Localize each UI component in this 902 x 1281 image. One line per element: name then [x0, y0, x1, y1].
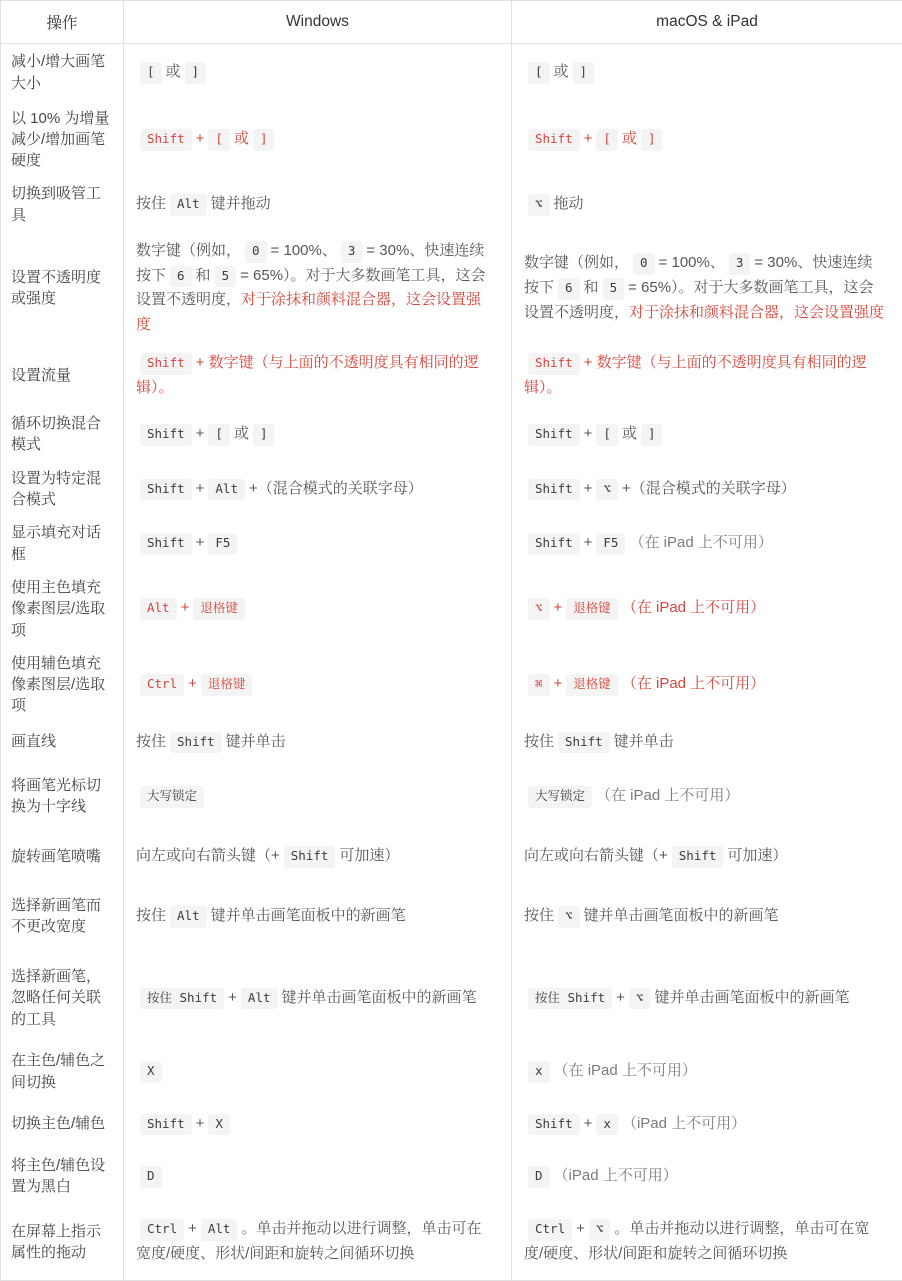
table-row: 将主色/辅色设置为黑白DD（iPad 上不可用） — [1, 1149, 902, 1204]
kbd-key: Shift — [284, 846, 336, 868]
kbd-key: ] — [185, 62, 207, 84]
kbd-key: 6 — [170, 266, 192, 288]
macos-cell: Shift+ 数字键（与上面的不透明度具有相同的逻辑）。 — [512, 344, 902, 407]
windows-cell: 按住 Shift+Alt键并单击画笔面板中的新画笔 — [124, 951, 512, 1044]
shortcut-text: + — [188, 675, 197, 692]
kbd-key: ] — [641, 424, 663, 446]
kbd-key: Alt — [208, 479, 245, 501]
macos-cell: 按住⌥键并单击画笔面板中的新画笔 — [512, 881, 902, 951]
windows-cell: Alt+退格键 — [124, 571, 512, 647]
kbd-key: F5 — [596, 533, 625, 555]
shortcut-text: 按住 — [524, 907, 554, 924]
macos-cell: Shift+x（iPad 上不可用） — [512, 1099, 902, 1149]
macos-cell: 数字键（例如，0= 100%、3= 30%、快速连续按下6和5= 65%）。对于… — [512, 232, 902, 344]
shortcut-text: + — [196, 480, 205, 497]
macos-cell: 大写锁定（在 iPad 上不可用） — [512, 761, 902, 831]
table-row: 选择新画笔，忽略任何关联的工具按住 Shift+Alt键并单击画笔面板中的新画笔… — [1, 951, 902, 1044]
table-row: 设置不透明度或强度数字键（例如，0= 100%、3= 30%、快速连续按下6和5… — [1, 232, 902, 344]
kbd-key: 大写锁定 — [528, 786, 592, 808]
kbd-key: Shift — [170, 732, 222, 754]
table-row: 切换主色/辅色Shift+XShift+x（iPad 上不可用） — [1, 1099, 902, 1149]
kbd-key: 退格键 — [566, 598, 618, 620]
shortcut-text: 键并单击画笔面板中的新画笔 — [211, 907, 406, 924]
shortcut-text: +（混合模式的关联字母） — [249, 480, 423, 497]
macos-cell: ⌥+退格键（在 iPad 上不可用） — [512, 571, 902, 647]
shortcut-text: + — [196, 130, 205, 147]
action-cell: 显示填充对话框 — [1, 516, 124, 571]
kbd-key: ] — [253, 424, 275, 446]
table-row: 设置为特定混合模式Shift+Alt+（混合模式的关联字母）Shift+⌥+（混… — [1, 462, 902, 517]
kbd-key: Shift — [140, 1114, 192, 1136]
kbd-key: D — [528, 1166, 550, 1188]
macos-cell: D（iPad 上不可用） — [512, 1149, 902, 1204]
shortcut-text: 键并单击 — [614, 733, 674, 750]
kbd-key: 0 — [245, 241, 267, 263]
kbd-key: ] — [253, 129, 275, 151]
shortcuts-table: 操作 Windows macOS & iPad 减小/增大画笔大小[或][或]以… — [0, 0, 902, 1281]
shortcut-text: + — [554, 675, 563, 692]
windows-cell: 数字键（例如，0= 100%、3= 30%、快速连续按下6和5= 65%）。对于… — [124, 232, 512, 344]
shortcut-text: + — [584, 534, 593, 551]
kbd-key: 退格键 — [566, 674, 618, 696]
windows-cell: Shift+[或] — [124, 407, 512, 462]
action-cell: 切换到吸管工具 — [1, 177, 124, 232]
kbd-key: ⌘ — [528, 674, 550, 696]
kbd-key: [ — [596, 424, 618, 446]
macos-cell: ⌘+退格键（在 iPad 上不可用） — [512, 647, 902, 723]
shortcut-text: 向左或向右箭头键（+ — [136, 847, 280, 864]
macos-cell: 按住Shift键并单击 — [512, 723, 902, 762]
windows-cell: Shift+[或] — [124, 102, 512, 178]
windows-cell: 按住Shift键并单击 — [124, 723, 512, 762]
kbd-key: Alt — [170, 906, 207, 928]
shortcut-text: 或 — [234, 425, 249, 442]
action-cell: 画直线 — [1, 723, 124, 762]
windows-cell: D — [124, 1149, 512, 1204]
shortcut-text: 或 — [622, 425, 637, 442]
action-cell: 使用主色填充像素图层/选取项 — [1, 571, 124, 647]
action-cell: 将画笔光标切换为十字线 — [1, 761, 124, 831]
kbd-key: x — [528, 1061, 550, 1083]
kbd-key: ] — [641, 129, 663, 151]
kbd-key: 大写锁定 — [140, 786, 204, 808]
kbd-key: 按住 Shift — [528, 988, 612, 1010]
kbd-key: Shift — [558, 732, 610, 754]
shortcut-text: 和 — [196, 267, 211, 284]
kbd-key: [ — [208, 424, 230, 446]
shortcut-text: + — [584, 480, 593, 497]
kbd-key: 退格键 — [201, 674, 253, 696]
kbd-key: ] — [573, 62, 595, 84]
shortcut-text: 或 — [622, 130, 637, 147]
kbd-key: 5 — [603, 278, 625, 300]
kbd-key: Shift — [528, 353, 580, 375]
kbd-key: [ — [208, 129, 230, 151]
macos-cell: [或] — [512, 44, 902, 102]
windows-cell: Shift+F5 — [124, 516, 512, 571]
kbd-key: Alt — [140, 598, 177, 620]
shortcut-text: 对于涂抹和颜料混合器，这会设置强度 — [629, 304, 884, 321]
windows-cell: Shift+Alt+（混合模式的关联字母） — [124, 462, 512, 517]
action-cell: 以 10% 为增量减少/增加画笔硬度 — [1, 102, 124, 178]
shortcut-text: 或 — [234, 130, 249, 147]
kbd-key: X — [140, 1061, 162, 1083]
shortcut-text: 键并单击画笔面板中的新画笔 — [654, 989, 849, 1006]
kbd-key: ⌥ — [589, 1219, 611, 1241]
windows-cell: 按住Alt键并拖动 — [124, 177, 512, 232]
shortcut-text: 按住 — [136, 733, 166, 750]
table-row: 画直线按住Shift键并单击按住Shift键并单击 — [1, 723, 902, 762]
macos-cell: Shift+[或] — [512, 102, 902, 178]
windows-cell: [或] — [124, 44, 512, 102]
windows-cell: 按住Alt键并单击画笔面板中的新画笔 — [124, 881, 512, 951]
shortcut-text: 和 — [584, 279, 599, 296]
shortcut-text: + — [181, 599, 190, 616]
table-row: 以 10% 为增量减少/增加画笔硬度Shift+[或]Shift+[或] — [1, 102, 902, 178]
kbd-key: 5 — [215, 266, 237, 288]
shortcut-text: 数字键（例如， — [524, 254, 629, 271]
kbd-key: Shift — [528, 424, 580, 446]
kbd-key: Ctrl — [528, 1219, 572, 1241]
windows-cell: Ctrl+Alt。单击并拖动以进行调整，单击可在宽度/硬度、形状/间距和旋转之间… — [124, 1204, 512, 1281]
table-row: 旋转画笔喷嘴向左或向右箭头键（+Shift可加速）向左或向右箭头键（+Shift… — [1, 831, 902, 881]
column-header-macos: macOS & iPad — [512, 1, 902, 44]
kbd-key: [ — [140, 62, 162, 84]
kbd-key: D — [140, 1166, 162, 1188]
table-row: 设置流量Shift+ 数字键（与上面的不透明度具有相同的逻辑）。Shift+ 数… — [1, 344, 902, 407]
kbd-key: F5 — [208, 533, 237, 555]
table-row: 显示填充对话框Shift+F5Shift+F5（在 iPad 上不可用） — [1, 516, 902, 571]
kbd-key: Alt — [201, 1219, 238, 1241]
windows-cell: 向左或向右箭头键（+Shift可加速） — [124, 831, 512, 881]
shortcut-text: = 100%、 — [271, 242, 337, 259]
kbd-key: Shift — [672, 846, 724, 868]
shortcut-text: + — [584, 130, 593, 147]
shortcut-text: （在 iPad 上不可用） — [622, 675, 765, 692]
shortcut-text: + — [554, 599, 563, 616]
kbd-key: ⌥ — [629, 988, 651, 1010]
kbd-key: Alt — [170, 194, 207, 216]
kbd-key: 3 — [729, 253, 751, 275]
ipad-availability-note: （iPad 上不可用） — [622, 1115, 746, 1132]
macos-cell: ⌥拖动 — [512, 177, 902, 232]
kbd-key: X — [208, 1114, 230, 1136]
action-cell: 设置为特定混合模式 — [1, 462, 124, 517]
shortcut-text: = 100%、 — [659, 254, 725, 271]
kbd-key: 退格键 — [193, 598, 245, 620]
table-row: 减小/增大画笔大小[或][或] — [1, 44, 902, 102]
shortcut-text: + — [584, 425, 593, 442]
shortcut-text: 拖动 — [554, 195, 584, 212]
action-cell: 旋转画笔喷嘴 — [1, 831, 124, 881]
kbd-key: Shift — [140, 424, 192, 446]
shortcut-text: + — [576, 1220, 585, 1237]
action-cell: 选择新画笔，忽略任何关联的工具 — [1, 951, 124, 1044]
action-cell: 使用辅色填充像素图层/选取项 — [1, 647, 124, 723]
table-row: 切换到吸管工具按住Alt键并拖动⌥拖动 — [1, 177, 902, 232]
windows-cell: X — [124, 1044, 512, 1099]
kbd-key: Shift — [140, 533, 192, 555]
shortcut-text: + — [188, 1220, 197, 1237]
kbd-key: Alt — [241, 988, 278, 1010]
table-row: 选择新画笔而不更改宽度按住Alt键并单击画笔面板中的新画笔按住⌥键并单击画笔面板… — [1, 881, 902, 951]
macos-cell: x（在 iPad 上不可用） — [512, 1044, 902, 1099]
column-header-action: 操作 — [1, 1, 124, 44]
macos-cell: Shift+F5（在 iPad 上不可用） — [512, 516, 902, 571]
kbd-key: 0 — [633, 253, 655, 275]
action-cell: 减小/增大画笔大小 — [1, 44, 124, 102]
kbd-key: ⌥ — [558, 906, 580, 928]
shortcut-text: 键并单击画笔面板中的新画笔 — [584, 907, 779, 924]
ipad-availability-note: （在 iPad 上不可用） — [554, 1062, 697, 1079]
macos-cell: Shift+[或] — [512, 407, 902, 462]
shortcut-text: 按住 — [136, 907, 166, 924]
shortcut-text: 按住 — [524, 733, 554, 750]
table-body: 减小/增大画笔大小[或][或]以 10% 为增量减少/增加画笔硬度Shift+[… — [1, 44, 902, 1281]
kbd-key: Shift — [528, 1114, 580, 1136]
windows-cell: 大写锁定 — [124, 761, 512, 831]
kbd-key: ⌥ — [596, 479, 618, 501]
kbd-key: Shift — [140, 129, 192, 151]
shortcut-text: 键并单击画笔面板中的新画笔 — [282, 989, 477, 1006]
macos-cell: 向左或向右箭头键（+Shift可加速） — [512, 831, 902, 881]
shortcut-text: 可加速） — [339, 847, 399, 864]
windows-cell: Ctrl+退格键 — [124, 647, 512, 723]
shortcut-text: 按住 — [136, 195, 166, 212]
shortcut-text: + — [616, 989, 625, 1006]
kbd-key: x — [596, 1114, 618, 1136]
macos-cell: 按住 Shift+⌥键并单击画笔面板中的新画笔 — [512, 951, 902, 1044]
macos-cell: Shift+⌥+（混合模式的关联字母） — [512, 462, 902, 517]
action-cell: 设置不透明度或强度 — [1, 232, 124, 344]
kbd-key: 按住 Shift — [140, 988, 224, 1010]
kbd-key: 6 — [558, 278, 580, 300]
shortcut-text: +（混合模式的关联字母） — [622, 480, 796, 497]
ipad-availability-note: （在 iPad 上不可用） — [629, 534, 772, 551]
action-cell: 切换主色/辅色 — [1, 1099, 124, 1149]
table-row: 使用辅色填充像素图层/选取项Ctrl+退格键⌘+退格键（在 iPad 上不可用） — [1, 647, 902, 723]
kbd-key: 3 — [341, 241, 363, 263]
action-cell: 选择新画笔而不更改宽度 — [1, 881, 124, 951]
column-header-windows: Windows — [124, 1, 512, 44]
kbd-key: Shift — [528, 533, 580, 555]
shortcut-text: + — [196, 425, 205, 442]
kbd-key: Shift — [528, 479, 580, 501]
windows-cell: Shift+ 数字键（与上面的不透明度具有相同的逻辑）。 — [124, 344, 512, 407]
table-header-row: 操作 Windows macOS & iPad — [1, 1, 902, 44]
ipad-availability-note: （iPad 上不可用） — [554, 1167, 678, 1184]
table-row: 使用主色填充像素图层/选取项Alt+退格键⌥+退格键（在 iPad 上不可用） — [1, 571, 902, 647]
kbd-key: Shift — [528, 129, 580, 151]
table-row: 循环切换混合模式Shift+[或]Shift+[或] — [1, 407, 902, 462]
shortcut-text: 或 — [166, 63, 181, 80]
action-cell: 在屏幕上指示属性的拖动 — [1, 1204, 124, 1281]
shortcut-text: 键并拖动 — [211, 195, 271, 212]
shortcut-text: 可加速） — [727, 847, 787, 864]
table-row: 将画笔光标切换为十字线大写锁定大写锁定（在 iPad 上不可用） — [1, 761, 902, 831]
kbd-key: Shift — [140, 353, 192, 375]
kbd-key: ⌥ — [528, 598, 550, 620]
shortcut-text: 数字键（例如， — [136, 242, 241, 259]
shortcut-text: + — [196, 534, 205, 551]
kbd-key: Shift — [140, 479, 192, 501]
windows-cell: Shift+X — [124, 1099, 512, 1149]
ipad-availability-note: （在 iPad 上不可用） — [596, 787, 739, 804]
table-row: 在主色/辅色之间切换Xx（在 iPad 上不可用） — [1, 1044, 902, 1099]
shortcut-text: 或 — [554, 63, 569, 80]
table-row: 在屏幕上指示属性的拖动Ctrl+Alt。单击并拖动以进行调整，单击可在宽度/硬度… — [1, 1204, 902, 1281]
shortcut-text: + — [584, 1115, 593, 1132]
action-cell: 在主色/辅色之间切换 — [1, 1044, 124, 1099]
kbd-key: [ — [528, 62, 550, 84]
action-cell: 设置流量 — [1, 344, 124, 407]
kbd-key: Ctrl — [140, 1219, 184, 1241]
kbd-key: [ — [596, 129, 618, 151]
shortcut-text: （在 iPad 上不可用） — [622, 599, 765, 616]
shortcut-text: + — [228, 989, 237, 1006]
shortcut-text: 向左或向右箭头键（+ — [524, 847, 668, 864]
kbd-key: Ctrl — [140, 674, 184, 696]
kbd-key: ⌥ — [528, 194, 550, 216]
macos-cell: Ctrl+⌥。单击并拖动以进行调整，单击可在宽度/硬度、形状/间距和旋转之间循环… — [512, 1204, 902, 1281]
shortcut-text: + — [196, 1115, 205, 1132]
action-cell: 将主色/辅色设置为黑白 — [1, 1149, 124, 1204]
action-cell: 循环切换混合模式 — [1, 407, 124, 462]
shortcut-text: 键并单击 — [226, 733, 286, 750]
